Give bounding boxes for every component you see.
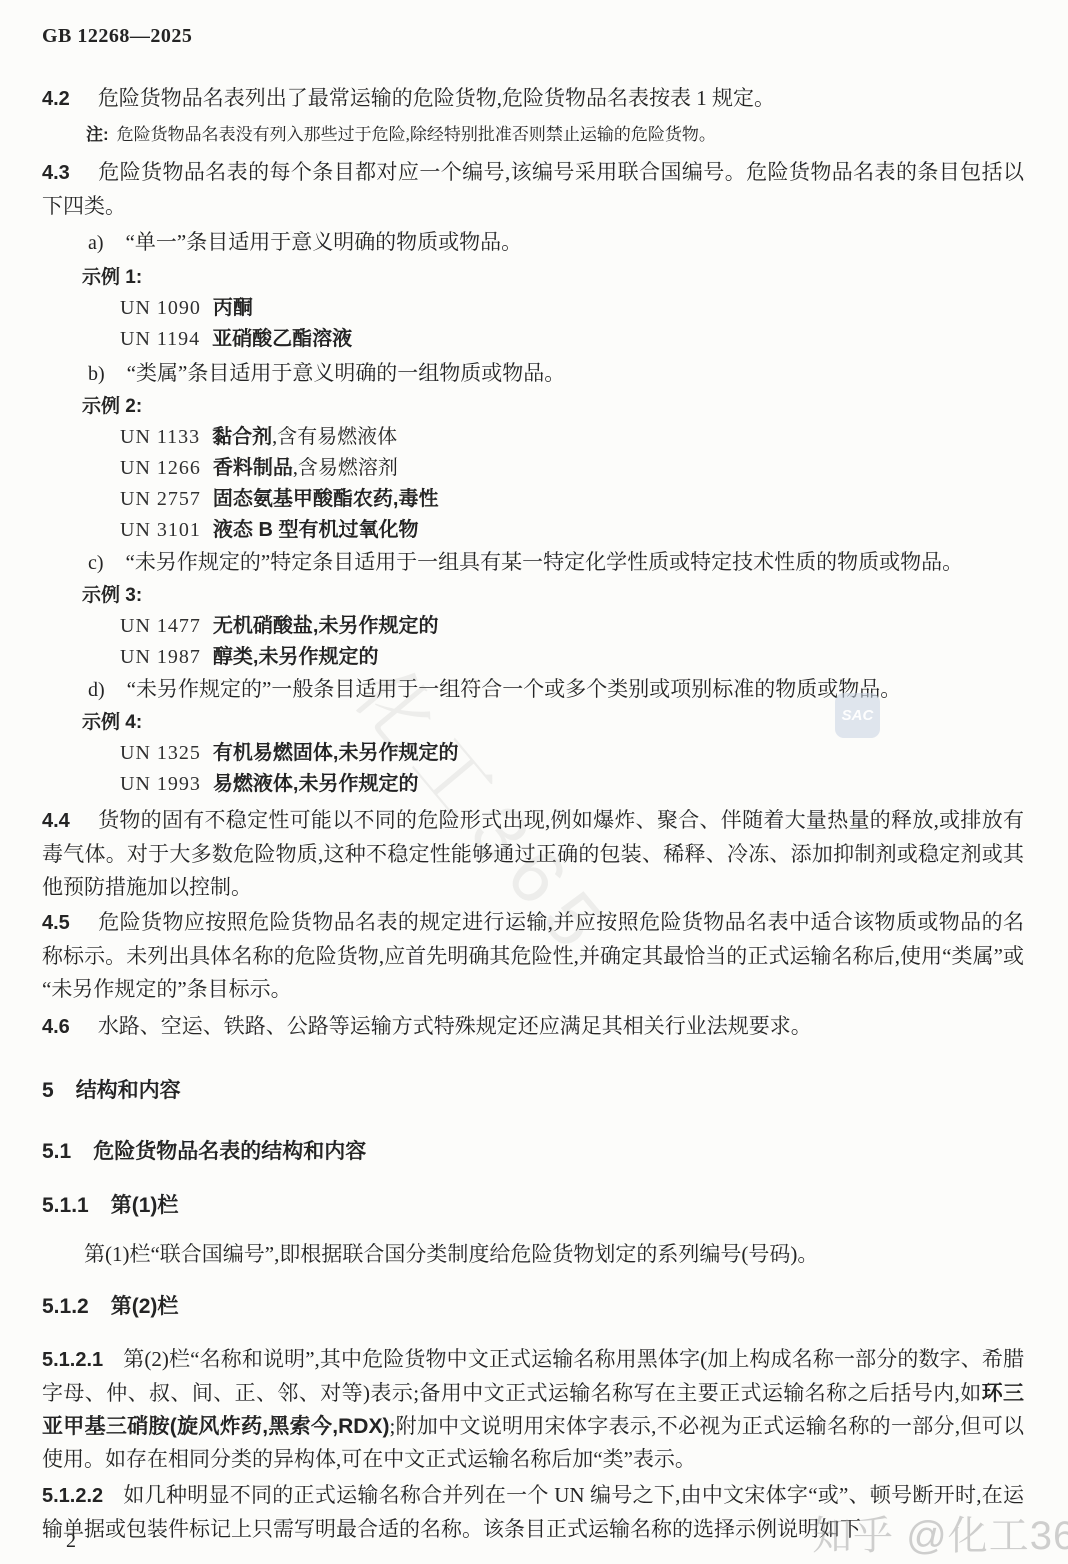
clause-4-2: 4.2危险货物品名表列出了最常运输的危险货物,危险货物品名表按表 1 规定。 bbox=[42, 82, 1024, 116]
example-label: 示例 2: bbox=[82, 391, 1024, 422]
heading-number: 5 bbox=[42, 1079, 76, 1102]
note-4-2: 注:危险货物品名表没有列入那些过于危险,除经特别批准否则禁止运输的危险货物。 bbox=[86, 122, 1024, 148]
note-label: 注: bbox=[86, 125, 117, 144]
un-substance-name: 液态 B 型有机过氧化物 bbox=[213, 519, 419, 541]
clause-4-3: 4.3危险货物品名表的每个条目都对应一个编号,该编号采用联合国编号。危险货物品名… bbox=[42, 156, 1024, 223]
example-group-1: 示例 1: UN 1090丙酮 UN 1194亚硝酸乙酯溶液 bbox=[42, 262, 1024, 355]
un-number: UN 1987 bbox=[120, 646, 213, 668]
note-text: 危险货物品名表没有列入那些过于危险,除经特别批准否则禁止运输的危险货物。 bbox=[117, 125, 716, 144]
un-substance-desc: ,含易燃溶剂 bbox=[293, 457, 398, 479]
un-number: UN 1266 bbox=[120, 457, 213, 479]
example-label: 示例 4: bbox=[82, 707, 1024, 738]
un-entry: UN 2757固态氨基甲酸酯农药,毒性 bbox=[120, 484, 1024, 515]
clause-text: 危险货物品名表列出了最常运输的危险货物,危险货物品名表按表 1 规定。 bbox=[98, 86, 775, 110]
example-group-2: 示例 2: UN 1133黏合剂,含有易燃液体 UN 1266香料制品,含易燃溶… bbox=[42, 391, 1024, 546]
item-text: “类属”条目适用于意义明确的一组物质或物品。 bbox=[127, 361, 566, 385]
item-text: “未另作规定的”特定条目适用于一组具有某一特定化学性质或特定技术性质的物质或物品… bbox=[126, 550, 964, 574]
un-number: UN 1194 bbox=[120, 328, 212, 350]
list-item-a: a)“单一”条目适用于意义明确的物质或物品。 bbox=[88, 226, 1024, 260]
heading-title: 第(1)栏 bbox=[111, 1194, 179, 1217]
un-entry: UN 1477无机硝酸盐,未另作规定的 bbox=[120, 611, 1024, 642]
list-item-b: b)“类属”条目适用于意义明确的一组物质或物品。 bbox=[88, 357, 1024, 391]
clause-number: 4.5 bbox=[42, 912, 98, 934]
un-number: UN 3101 bbox=[120, 519, 213, 541]
clause-4-4: 4.4货物的固有不稳定性可能以不同的危险形式出现,例如爆炸、聚合、伴随着大量热量… bbox=[42, 804, 1024, 904]
un-number: UN 1477 bbox=[120, 615, 213, 637]
un-substance-name: 易燃液体,未另作规定的 bbox=[213, 773, 419, 795]
un-substance-name: 有机易燃固体,未另作规定的 bbox=[213, 742, 459, 764]
clause-4-6: 4.6水路、空运、铁路、公路等运输方式特殊规定还应满足其相关行业法规要求。 bbox=[42, 1010, 1024, 1044]
item-text: “单一”条目适用于意义明确的物质或物品。 bbox=[126, 230, 523, 254]
un-entry: UN 1194亚硝酸乙酯溶液 bbox=[120, 324, 1024, 355]
heading-title: 危险货物品名表的结构和内容 bbox=[93, 1140, 366, 1163]
un-entry: UN 3101液态 B 型有机过氧化物 bbox=[120, 515, 1024, 546]
heading-title: 第(2)栏 bbox=[111, 1295, 179, 1318]
clause-text: 如几种明显不同的正式运输名称合并列在一个 UN 编号之下,由中文宋体字“或”、顿… bbox=[42, 1483, 1024, 1541]
clause-number: 4.3 bbox=[42, 162, 98, 184]
example-group-4: 示例 4: UN 1325有机易燃固体,未另作规定的 UN 1993易燃液体,未… bbox=[42, 707, 1024, 800]
example-group-3: 示例 3: UN 1477无机硝酸盐,未另作规定的 UN 1987醇类,未另作规… bbox=[42, 580, 1024, 673]
heading-5-1-1: 5.1.1第(1)栏 bbox=[42, 1191, 1024, 1221]
item-marker: a) bbox=[88, 232, 126, 254]
item-marker: c) bbox=[88, 552, 126, 574]
document-page: GB 12268—2025 4.2危险货物品名表列出了最常运输的危险货物,危险货… bbox=[0, 0, 1068, 1564]
un-substance-name: 黏合剂 bbox=[212, 426, 272, 448]
un-substance-name: 香料制品 bbox=[213, 457, 293, 479]
un-entry: UN 1266香料制品,含易燃溶剂 bbox=[120, 453, 1024, 484]
clause-number: 4.4 bbox=[42, 810, 98, 832]
un-entry: UN 1090丙酮 bbox=[120, 293, 1024, 324]
standard-code: GB 12268—2025 bbox=[42, 24, 1024, 48]
clause-number: 4.2 bbox=[42, 88, 98, 110]
un-number: UN 2757 bbox=[120, 488, 213, 510]
heading-5: 5结构和内容 bbox=[42, 1076, 1024, 1106]
heading-number: 5.1 bbox=[42, 1140, 93, 1163]
clause-number: 5.1.2.1 bbox=[42, 1349, 123, 1371]
heading-5-1: 5.1危险货物品名表的结构和内容 bbox=[42, 1137, 1024, 1167]
clause-number: 4.6 bbox=[42, 1016, 98, 1038]
un-number: UN 1090 bbox=[120, 297, 213, 319]
un-entry: UN 1325有机易燃固体,未另作规定的 bbox=[120, 738, 1024, 769]
un-entry: UN 1987醇类,未另作规定的 bbox=[120, 642, 1024, 673]
un-substance-name: 醇类,未另作规定的 bbox=[213, 646, 379, 668]
item-marker: b) bbox=[88, 363, 127, 385]
clause-text: 危险货物品名表的每个条目都对应一个编号,该编号采用联合国编号。危险货物品名表的条… bbox=[42, 160, 1024, 218]
heading-5-1-2: 5.1.2第(2)栏 bbox=[42, 1292, 1024, 1322]
un-substance-desc: ,含有易燃液体 bbox=[272, 426, 397, 448]
un-substance-name: 固态氨基甲酸酯农药,毒性 bbox=[213, 488, 439, 510]
un-entry: UN 1133黏合剂,含有易燃液体 bbox=[120, 422, 1024, 453]
example-label: 示例 3: bbox=[82, 580, 1024, 611]
clause-text: 水路、空运、铁路、公路等运输方式特殊规定还应满足其相关行业法规要求。 bbox=[98, 1014, 812, 1038]
un-substance-name: 亚硝酸乙酯溶液 bbox=[212, 328, 352, 350]
clause-4-5: 4.5危险货物应按照危险货物品名表的规定进行运输,并应按照危险货物品名表中适合该… bbox=[42, 906, 1024, 1006]
page-content: GB 12268—2025 4.2危险货物品名表列出了最常运输的危险货物,危险货… bbox=[0, 0, 1068, 1546]
un-number: UN 1325 bbox=[120, 742, 213, 764]
item-marker: d) bbox=[88, 679, 127, 701]
item-text: “未另作规定的”一般条目适用于一组符合一个或多个类别或项别标准的物质或物品。 bbox=[127, 677, 902, 701]
page-number: 2 bbox=[66, 1530, 76, 1553]
example-label: 示例 1: bbox=[82, 262, 1024, 293]
list-item-c: c)“未另作规定的”特定条目适用于一组具有某一特定化学性质或特定技术性质的物质或… bbox=[88, 546, 1024, 580]
heading-title: 结构和内容 bbox=[76, 1079, 181, 1102]
un-substance-name: 丙酮 bbox=[213, 297, 253, 319]
clause-text-segment: 第(2)栏“名称和说明”,其中危险货物中文正式运输名称用黑体字(加上构成名称一部… bbox=[42, 1347, 1024, 1405]
clause-text: 危险货物应按照危险货物品名表的规定进行运输,并应按照危险货物品名表中适合该物质或… bbox=[42, 910, 1024, 1001]
un-entry: UN 1993易燃液体,未另作规定的 bbox=[120, 769, 1024, 800]
un-substance-name: 无机硝酸盐,未另作规定的 bbox=[213, 615, 439, 637]
heading-number: 5.1.2 bbox=[42, 1295, 111, 1318]
clause-5-1-2-1: 5.1.2.1第(2)栏“名称和说明”,其中危险货物中文正式运输名称用黑体字(加… bbox=[42, 1343, 1024, 1476]
un-number: UN 1993 bbox=[120, 773, 213, 795]
clause-number: 5.1.2.2 bbox=[42, 1485, 123, 1507]
clause-5-1-2-2: 5.1.2.2如几种明显不同的正式运输名称合并列在一个 UN 编号之下,由中文宋… bbox=[42, 1479, 1024, 1546]
paragraph-5-1-1: 第(1)栏“联合国编号”,即根据联合国分类制度给危险货物划定的系列编号(号码)。 bbox=[42, 1238, 1024, 1271]
heading-number: 5.1.1 bbox=[42, 1194, 111, 1217]
list-item-d: d)“未另作规定的”一般条目适用于一组符合一个或多个类别或项别标准的物质或物品。 bbox=[88, 673, 1024, 707]
un-number: UN 1133 bbox=[120, 426, 212, 448]
clause-text: 货物的固有不稳定性可能以不同的危险形式出现,例如爆炸、聚合、伴随着大量热量的释放… bbox=[42, 808, 1024, 899]
